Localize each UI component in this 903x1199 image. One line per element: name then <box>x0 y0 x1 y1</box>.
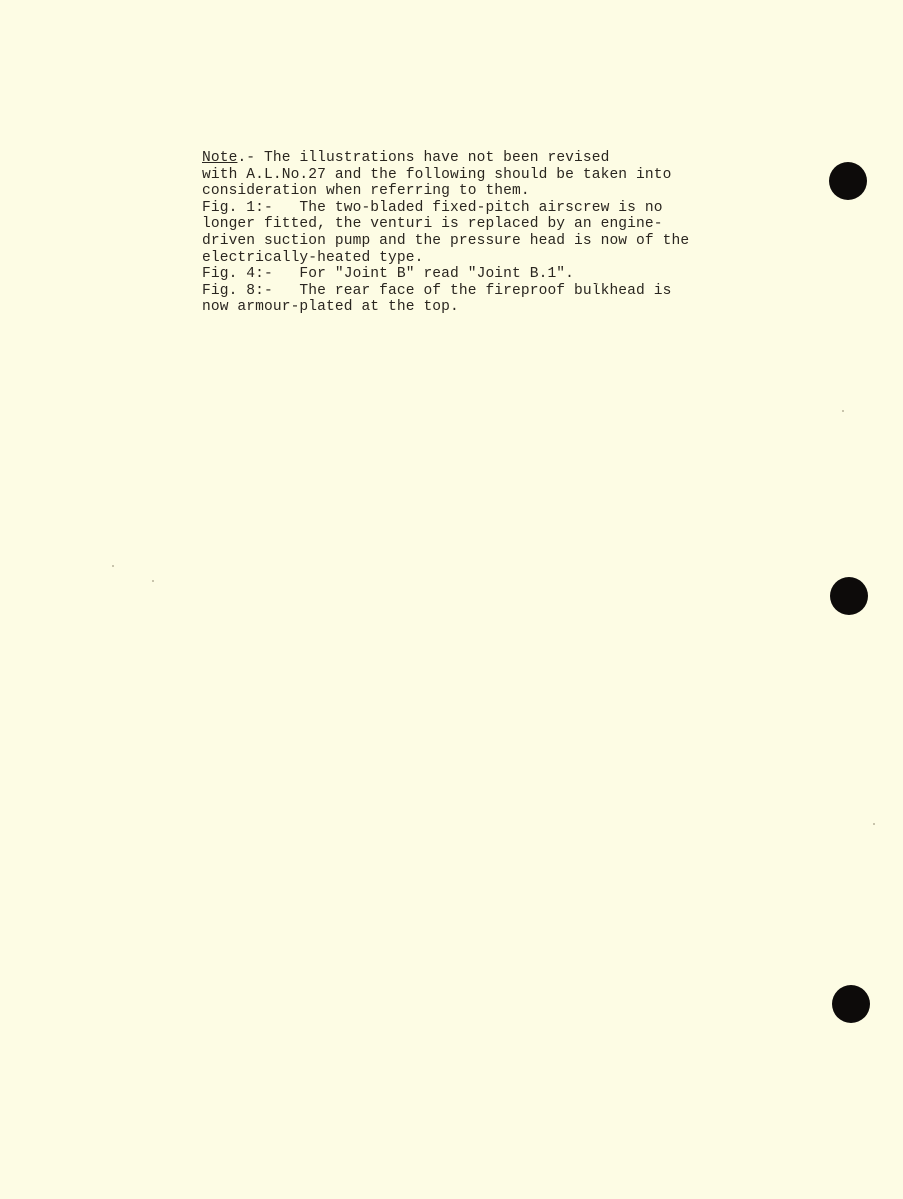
paper-speck <box>152 580 154 582</box>
paper-speck <box>873 823 875 825</box>
paper-speck <box>112 565 114 567</box>
fig-1-line-1: Fig. 1:- The two-bladed fixed-pitch airs… <box>202 200 722 217</box>
note-label: Note <box>202 150 237 166</box>
note-line-1: Note.- The illustrations have not been r… <box>202 150 722 167</box>
punch-hole-bottom <box>832 985 870 1023</box>
punch-hole-top <box>829 162 867 200</box>
fig-4-line: Fig. 4:- For "Joint B" read "Joint B.1". <box>202 266 722 283</box>
fig-8-line-1: Fig. 8:- The rear face of the fireproof … <box>202 283 722 300</box>
fig-8-line-2: now armour-plated at the top. <box>202 299 722 316</box>
fig-1-line-2: longer fitted, the venturi is replaced b… <box>202 216 722 233</box>
note-line-3: consideration when referring to them. <box>202 183 722 200</box>
punch-hole-middle <box>830 577 868 615</box>
fig-1-line-3: driven suction pump and the pressure hea… <box>202 233 722 250</box>
amendment-note: Note.- The illustrations have not been r… <box>202 150 722 316</box>
paper-speck <box>596 283 598 285</box>
fig-1-line-4: electrically-heated type. <box>202 250 722 267</box>
note-line-2: with A.L.No.27 and the following should … <box>202 167 722 184</box>
document-page: Note.- The illustrations have not been r… <box>0 0 903 1199</box>
paper-speck <box>842 410 844 412</box>
